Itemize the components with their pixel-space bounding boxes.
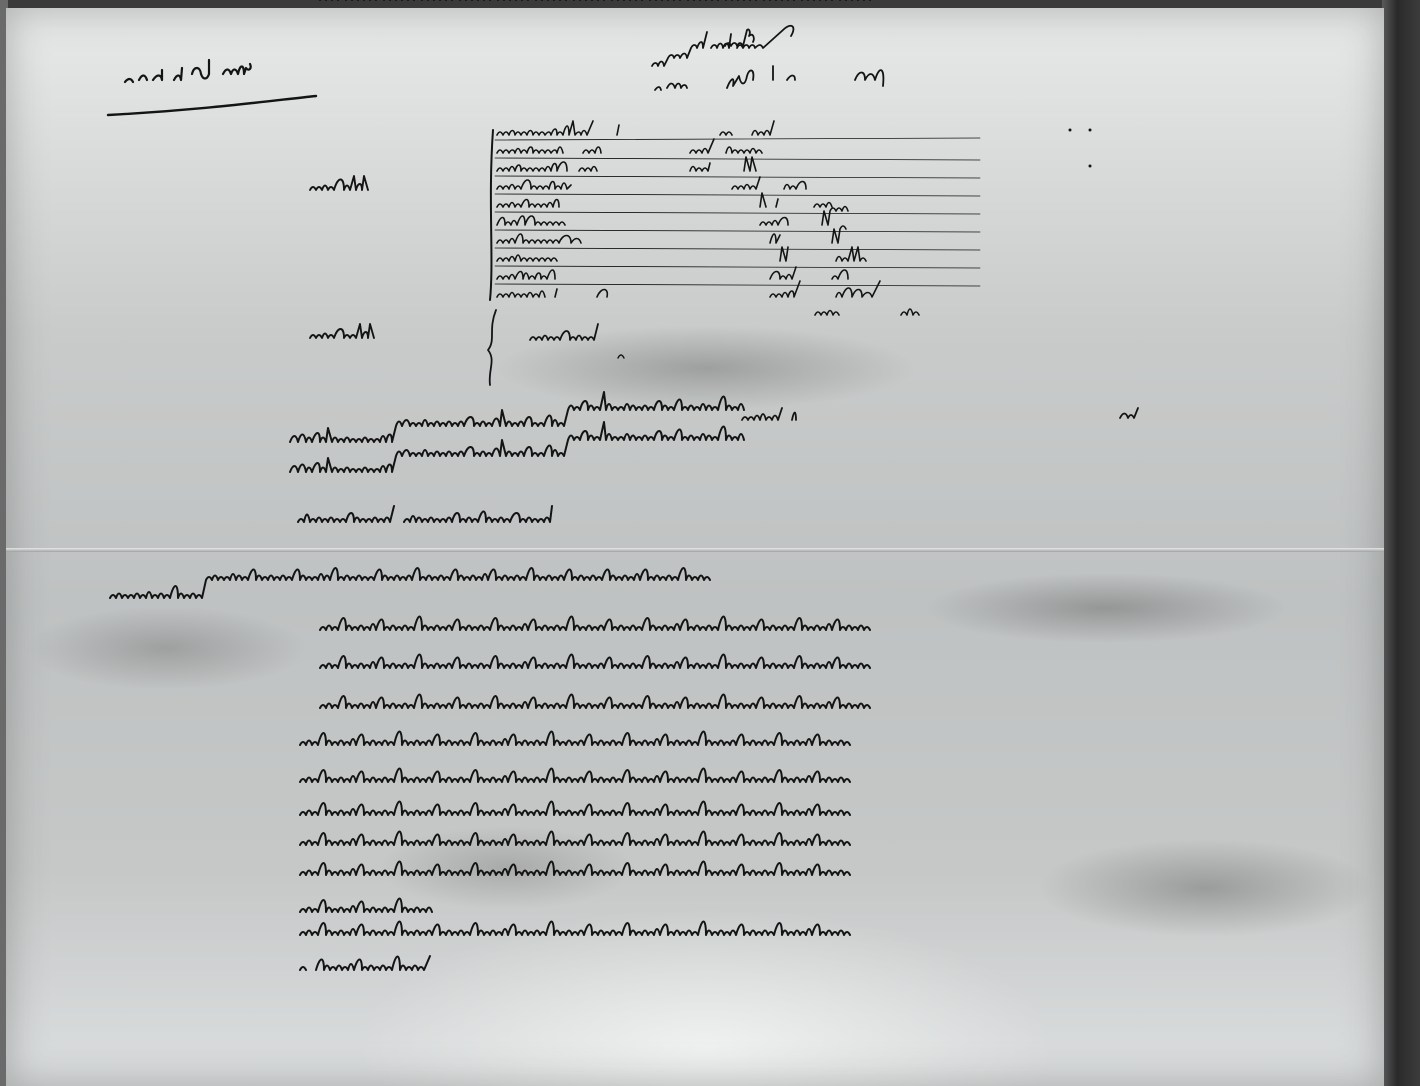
corner-title <box>108 60 316 115</box>
bracket-sub-entry <box>530 324 624 358</box>
upper-paragraph <box>290 392 744 522</box>
left-margin-labels <box>310 176 496 385</box>
handwriting-ink <box>0 0 1420 1086</box>
section-heading <box>742 408 1138 420</box>
ledger-table <box>490 121 1090 315</box>
top-header <box>652 26 883 90</box>
lower-paragraph <box>110 0 870 970</box>
manuscript-photo <box>0 0 1420 1086</box>
